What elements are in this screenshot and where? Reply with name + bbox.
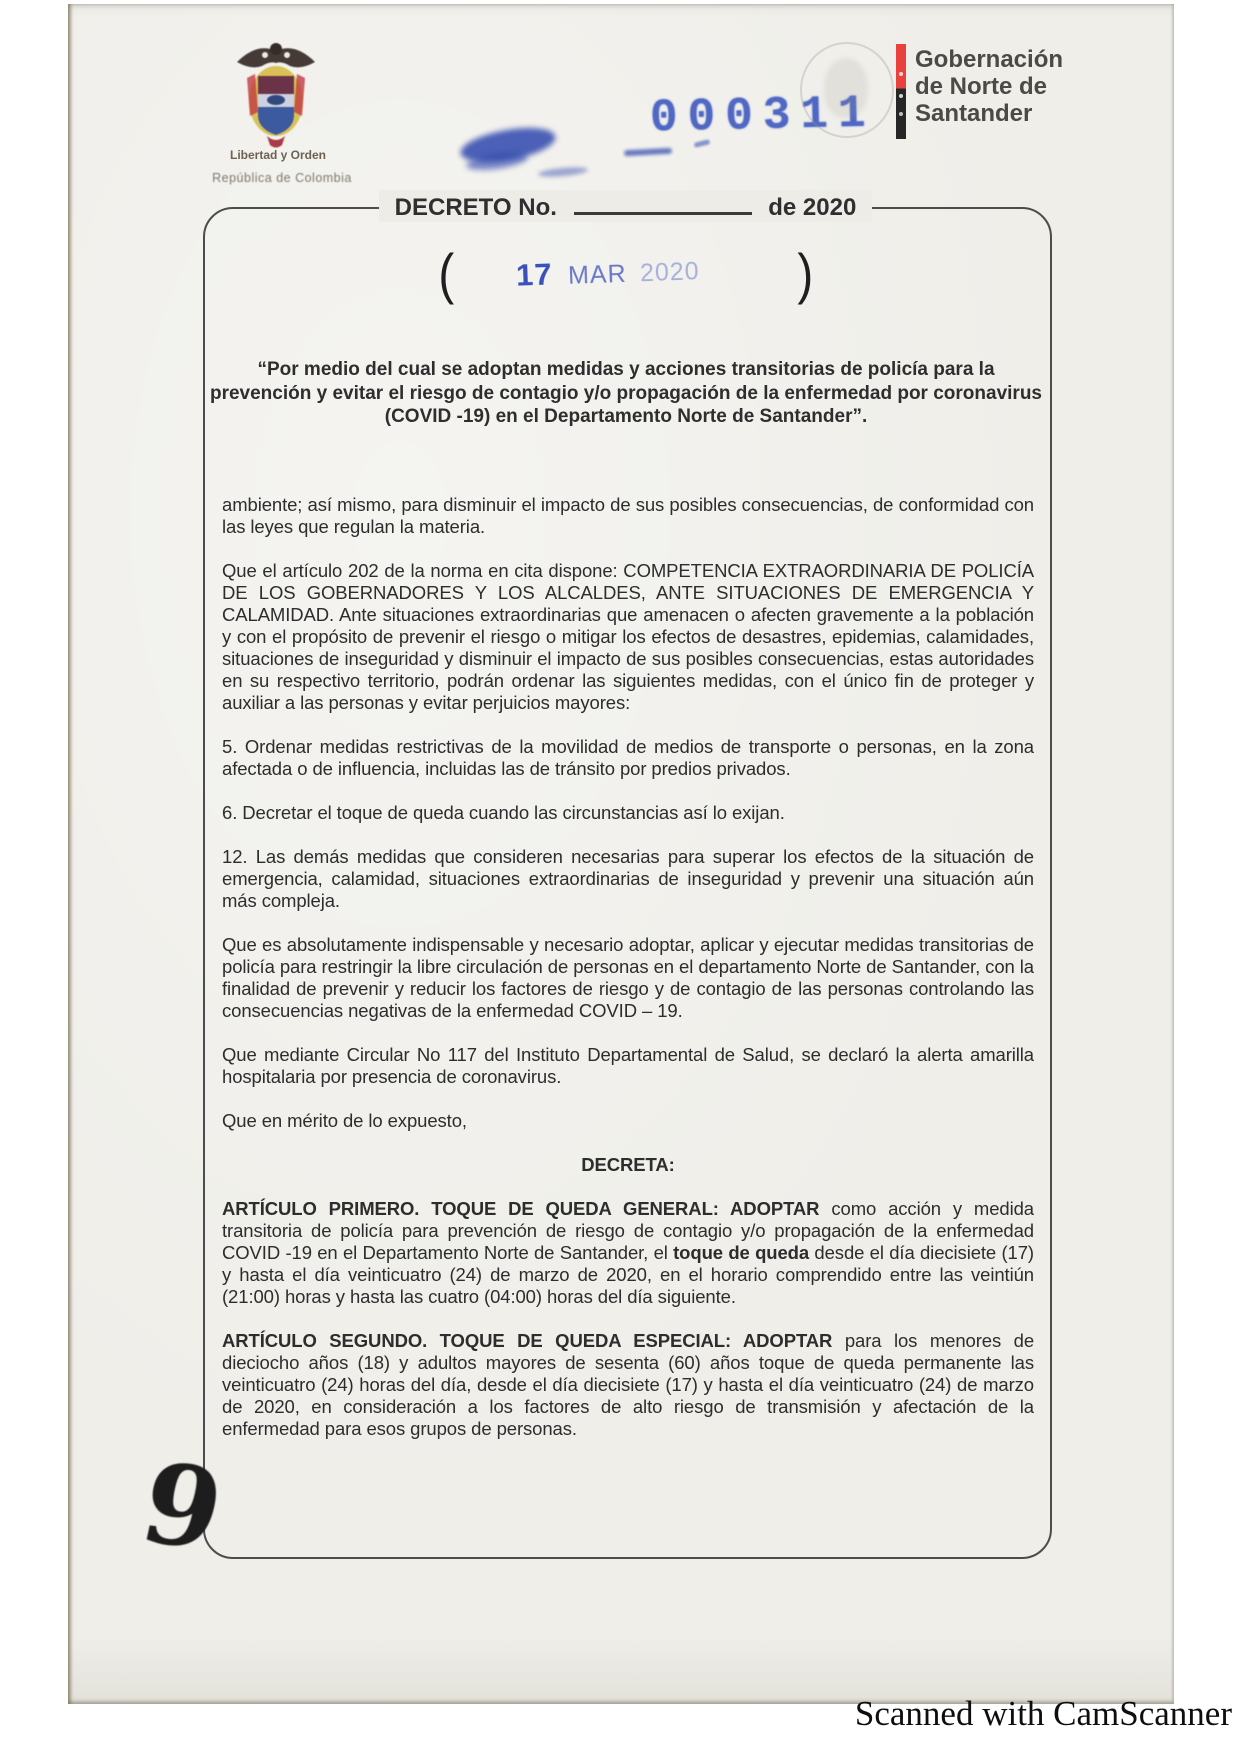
close-paren: ) bbox=[797, 244, 813, 304]
logo-line: de Norte de bbox=[915, 73, 1063, 100]
paragraph: 5. Ordenar medidas restrictivas de la mo… bbox=[222, 736, 1034, 780]
open-paren: ( bbox=[438, 244, 454, 304]
decree-number-blank bbox=[574, 190, 752, 215]
paragraph: Que es absolutamente indispensable y nec… bbox=[222, 934, 1034, 1022]
scan-page: Libertad y Orden República de Colombia 0… bbox=[0, 0, 1240, 1755]
decree-year: de 2020 bbox=[768, 194, 856, 221]
decree-date-row: ( 17 MAR 2020 ) bbox=[203, 244, 1048, 304]
paragraph: 12. Las demás medidas que consideren nec… bbox=[222, 846, 1034, 912]
decree-title-row: DECRETO No. de 2020 bbox=[203, 190, 1048, 222]
scanned-document-paper: Libertad y Orden República de Colombia 0… bbox=[68, 4, 1174, 1704]
date-stamp-month: MAR bbox=[567, 260, 627, 290]
colombia-coat-of-arms-icon bbox=[231, 38, 321, 150]
governorate-logo: Gobernación de Norte de Santander bbox=[915, 46, 1063, 127]
paragraph: DECRETA: bbox=[222, 1154, 1034, 1176]
decree-subject: “Por medio del cual se adoptan medidas y… bbox=[208, 358, 1044, 429]
paragraph: Que mediante Circular No 117 del Institu… bbox=[222, 1044, 1034, 1088]
republic-label: República de Colombia bbox=[192, 171, 372, 185]
date-stamp-day: 17 bbox=[515, 256, 553, 292]
date-stamp: 17 MAR 2020 bbox=[515, 250, 726, 293]
paragraph: 6. Decretar el toque de queda cuando las… bbox=[222, 802, 1034, 824]
paragraph: ARTÍCULO PRIMERO. TOQUE DE QUEDA GENERAL… bbox=[222, 1198, 1034, 1308]
paragraph: ARTÍCULO SEGUNDO. TOQUE DE QUEDA ESPECIA… bbox=[222, 1330, 1034, 1440]
ink-smudge-dash bbox=[624, 148, 672, 157]
ink-smudge-blob bbox=[538, 166, 589, 178]
document-body: ambiente; así mismo, para disminuir el i… bbox=[222, 494, 1034, 1462]
coat-motto-label: Libertad y Orden bbox=[218, 148, 338, 162]
logo-line: Santander bbox=[915, 100, 1063, 127]
paragraph: Que en mérito de lo expuesto, bbox=[222, 1110, 1034, 1132]
camscanner-watermark: Scanned with CamScanner bbox=[855, 1694, 1232, 1734]
date-stamp-year: 2020 bbox=[639, 257, 700, 287]
logo-bar-icon bbox=[896, 44, 906, 139]
paragraph: Que el artículo 202 de la norma en cita … bbox=[222, 560, 1034, 714]
paragraph: ambiente; así mismo, para disminuir el i… bbox=[222, 494, 1034, 538]
embossed-seal-icon bbox=[800, 42, 894, 138]
decree-label: DECRETO No. bbox=[395, 194, 557, 221]
logo-line: Gobernación bbox=[915, 46, 1063, 73]
